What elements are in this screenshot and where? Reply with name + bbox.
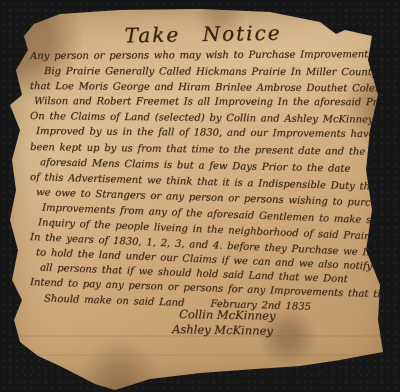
document-body: Any person or persons who may wish to Pu… — [30, 49, 376, 291]
photo-background: Take Notice Any person or persons who ma… — [0, 0, 400, 392]
document-text: Take Notice Any person or persons who ma… — [30, 22, 376, 338]
document-line: Any person or persons who may wish to Pu… — [30, 47, 376, 64]
signature-ashley-mckinney: Ashley McKinney — [172, 322, 376, 341]
document-paper: Take Notice Any person or persons who ma… — [0, 0, 400, 392]
closing-text: Should make on said Land — [44, 293, 185, 308]
document-line: Big Prairie Generally Called Hickmans Pr… — [30, 64, 376, 80]
document-line: Wilson and Robert Freemet Is all Improve… — [30, 94, 376, 110]
signature-block: Collin McKinney Ashley McKinney — [30, 307, 376, 338]
document-title: Take Notice — [30, 19, 376, 49]
